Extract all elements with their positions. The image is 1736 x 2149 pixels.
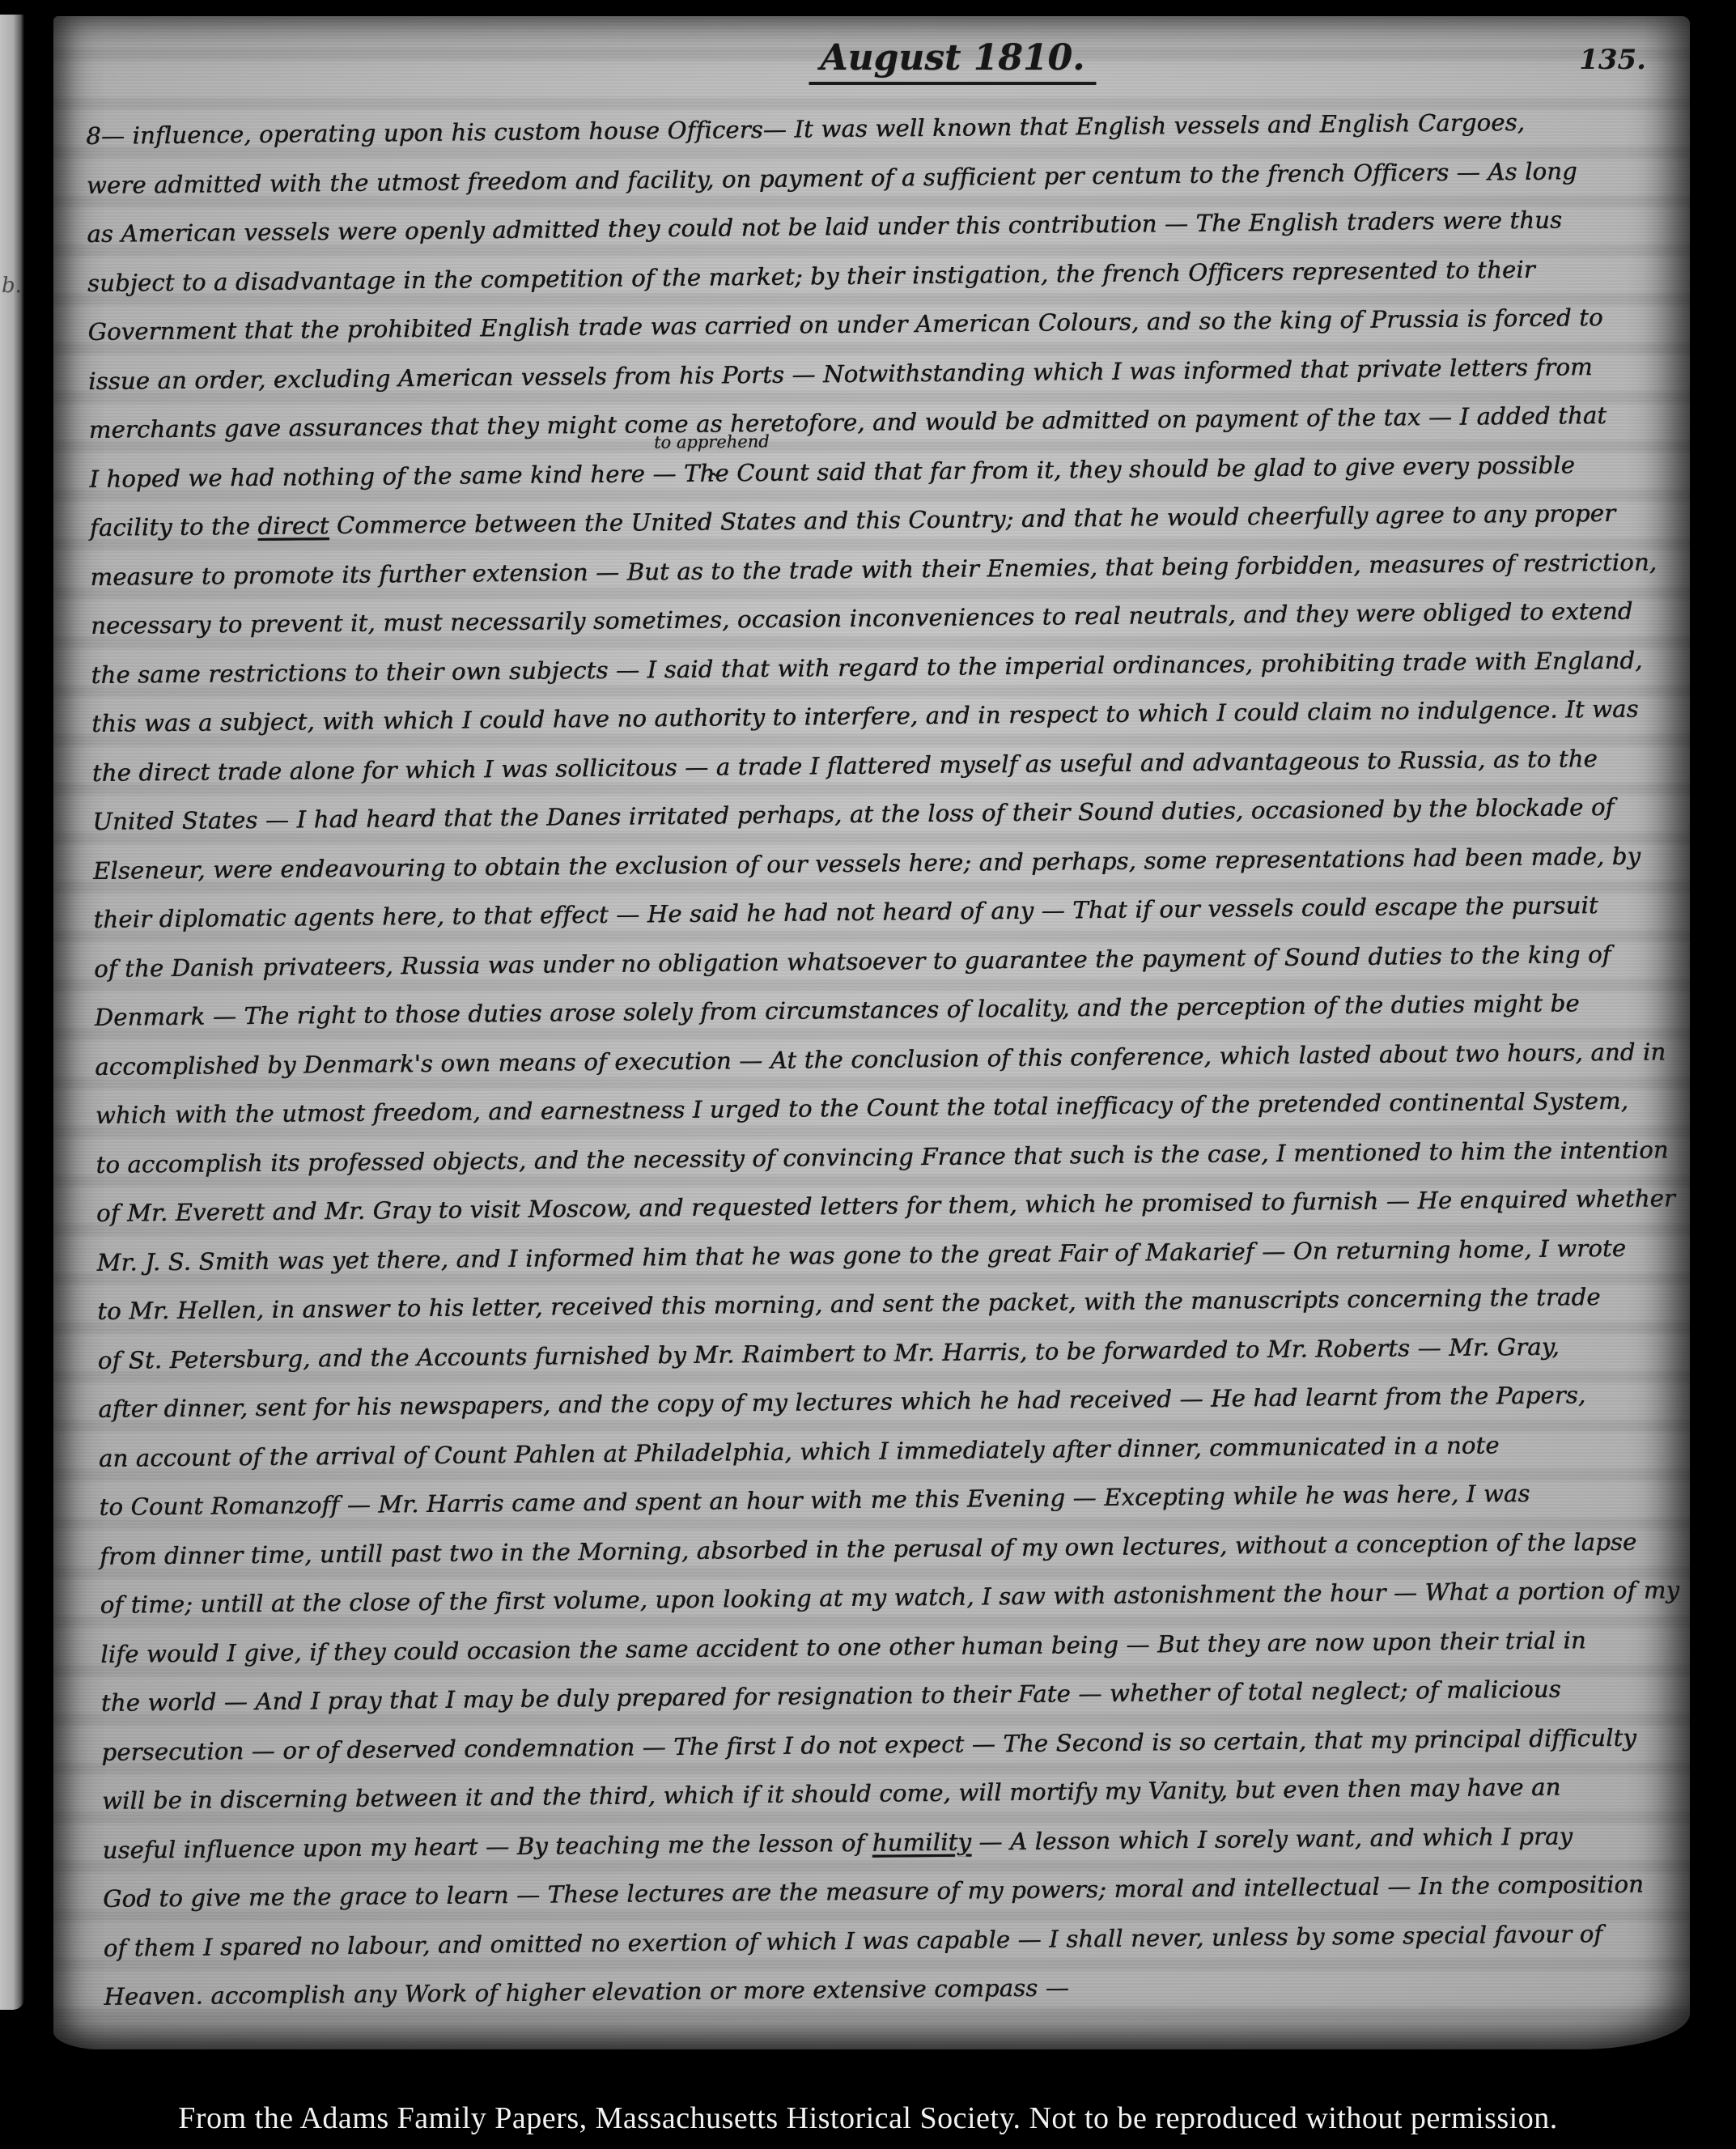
archive-caption-bar: From the Adams Family Papers, Massachuse…: [0, 2052, 1736, 2149]
interlinear-insertion: to apprehend: [654, 431, 770, 452]
adjacent-page-mark: b.: [2, 274, 18, 301]
page-number: 135.: [1579, 44, 1646, 76]
scanned-manuscript: { "colors": { "background": "#000000", "…: [0, 0, 1736, 2149]
archive-caption: From the Adams Family Papers, Massachuse…: [0, 2100, 1736, 2136]
manuscript-page: August 1810. 135. 8— influence, operatin…: [53, 16, 1690, 2049]
insertion-caret-icon: ^: [706, 469, 721, 491]
entry-date-header: August 1810.: [809, 37, 1096, 85]
manuscript-text: 8— influence, operating upon his custom …: [86, 96, 1689, 2021]
adjacent-page-edge: b.: [0, 15, 24, 2010]
